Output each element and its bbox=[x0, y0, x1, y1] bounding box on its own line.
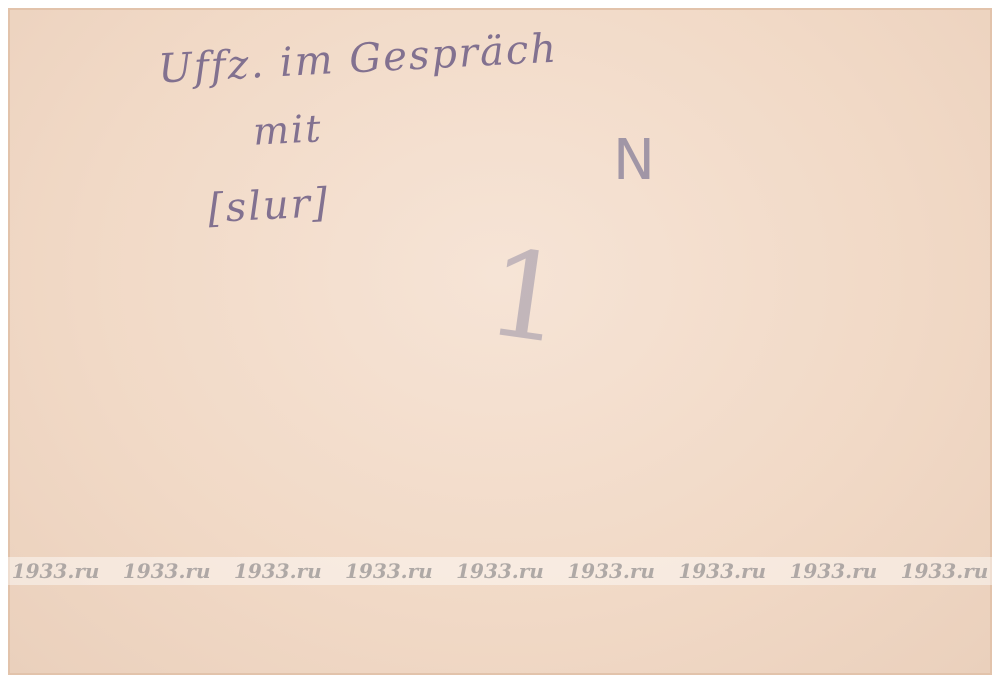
watermark: 1933.ru bbox=[12, 559, 100, 583]
handwriting-line-1: Uffz. im Gespräch bbox=[157, 26, 559, 93]
watermark-band: 1933.ru 1933.ru 1933.ru 1933.ru 1933.ru … bbox=[0, 557, 1000, 585]
pencil-mark-1: 1 bbox=[479, 223, 574, 371]
handwriting-line-3: [slur] bbox=[207, 180, 331, 232]
watermark: 1933.ru bbox=[345, 559, 433, 583]
handwriting-line-2: mit bbox=[252, 106, 324, 154]
watermark: 1933.ru bbox=[456, 559, 544, 583]
watermark: 1933.ru bbox=[901, 559, 989, 583]
watermark: 1933.ru bbox=[123, 559, 211, 583]
watermark: 1933.ru bbox=[678, 559, 766, 583]
pencil-mark-n: N bbox=[613, 128, 655, 193]
watermark: 1933.ru bbox=[234, 559, 322, 583]
watermark: 1933.ru bbox=[567, 559, 655, 583]
watermark: 1933.ru bbox=[789, 559, 877, 583]
